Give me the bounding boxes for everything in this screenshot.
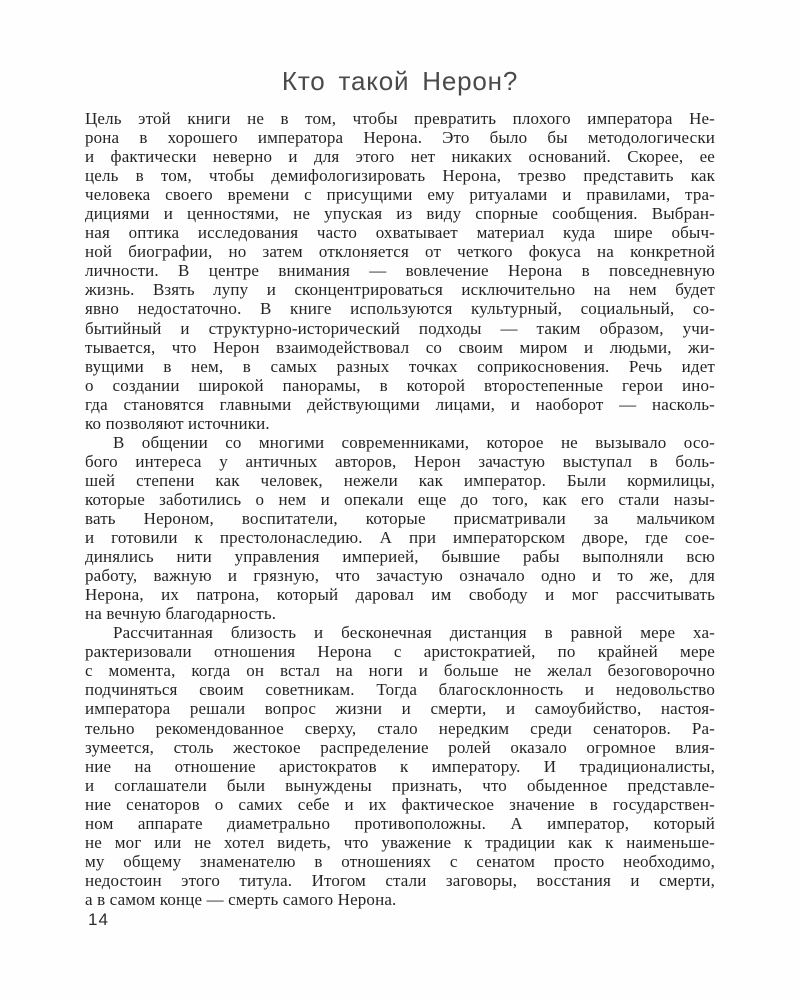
text-line: личности. В центре внимания — вовлечение… [85,261,715,280]
text-line: ко позволяют источники. [85,414,715,433]
text-line: подчиняться своим советникам. Тогда благ… [85,680,715,699]
text-line: императора решали вопрос жизни и смерти,… [85,699,715,718]
text-line: Нерона, их патрона, который даровал им с… [85,585,715,604]
text-line: ние на отношение аристократов к императо… [85,757,715,776]
text-line: недостоин этого титула. Итогом стали заг… [85,871,715,890]
text-line: динялись нити управления империей, бывши… [85,547,715,566]
body-text: Цель этой книги не в том, чтобы преврати… [85,109,715,909]
text-line: В общении со многими современниками, кот… [85,433,715,452]
text-line: ной биографии, но затем отклоняется от ч… [85,242,715,261]
text-line: тывается, что Нерон взаимодействовал со … [85,338,715,357]
text-line: шей степени как человек, нежели как импе… [85,471,715,490]
text-line: работу, важную и грязную, что зачастую о… [85,566,715,585]
text-line: вущими в нем, в самых разных точках сопр… [85,357,715,376]
text-line: которые заботились о нем и опекали еще д… [85,490,715,509]
text-line: рона в хорошего императора Нерона. Это б… [85,128,715,147]
text-line: жизнь. Взять лупу и сконцентрироваться и… [85,280,715,299]
text-line: с момента, когда он встал на ноги и боль… [85,661,715,680]
text-line: ние сенаторов о самих себе и их фактичес… [85,795,715,814]
text-line: явно недостаточно. В книге используются … [85,299,715,318]
text-line: и фактически неверно и для этого нет ник… [85,147,715,166]
text-line: ном аппарате диаметрально противоположны… [85,814,715,833]
text-line: бого интереса у античных авторов, Нерон … [85,452,715,471]
text-line: гда становятся главными действующими лиц… [85,395,715,414]
text-line: а в самом конце — смерть самого Нерона. [85,890,715,909]
text-line: цель в том, чтобы демифологизировать Нер… [85,166,715,185]
text-line: дициями и ценностями, не упуская из виду… [85,204,715,223]
text-line: зумеется, столь жестокое распределение р… [85,738,715,757]
text-line: человека своего времени с присущими ему … [85,185,715,204]
book-page: Кто такой Нерон? Цель этой книги не в то… [0,0,800,1000]
text-line: му общему знаменателю в отношениях с сен… [85,852,715,871]
text-line: на вечную благодарность. [85,604,715,623]
text-line: бытийный и структурно-исторический подхо… [85,319,715,338]
text-line: не мог или не хотел видеть, что уважение… [85,833,715,852]
text-line: вать Нероном, воспитатели, которые присм… [85,509,715,528]
text-line: тельно рекомендованное сверху, стало нер… [85,719,715,738]
text-line: о создании широкой панорамы, в которой в… [85,376,715,395]
chapter-title: Кто такой Нерон? [0,66,800,97]
text-line: и соглашатели были вынуждены признать, ч… [85,776,715,795]
text-line: и готовили к престолонаследию. А при имп… [85,528,715,547]
text-line: ная оптика исследования часто охватывает… [85,223,715,242]
page-number: 14 [88,910,109,930]
text-line: Цель этой книги не в том, чтобы преврати… [85,109,715,128]
text-line: рактеризовали отношения Нерона с аристок… [85,642,715,661]
text-line: Рассчитанная близость и бесконечная дист… [85,623,715,642]
